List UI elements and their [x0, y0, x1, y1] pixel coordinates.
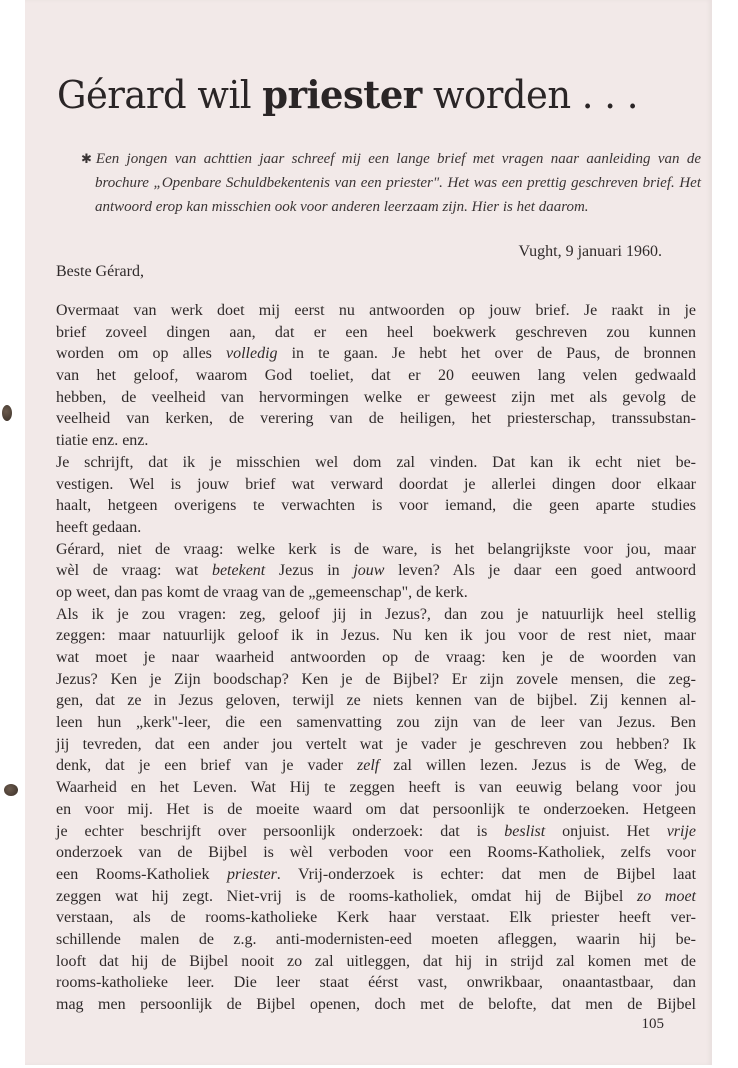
emphasis: priester: [227, 866, 277, 883]
text-line: mag men persoonlijk de Bijbel openen, do…: [56, 994, 696, 1016]
emphasis: beslist: [504, 823, 545, 840]
text-line: vestigen. Wel is jouw brief wat verward …: [56, 474, 696, 496]
text-line: wèl de vraag: wat betekent Jezus in jouw…: [56, 560, 696, 582]
text-line: wat moet je naar waarheid antwoorden op …: [56, 647, 696, 669]
text-line: zeggen wat hij zegt. Niet-vrij is de roo…: [56, 886, 696, 908]
article-title: Gérard wil priester worden . . .: [57, 73, 697, 117]
emphasis: zelf: [357, 757, 379, 774]
dateline: Vught, 9 januari 1960.: [519, 243, 662, 261]
text-line: een Rooms-Katholiek priester. Vrij-onder…: [56, 864, 696, 886]
text-line: schillende malen de z.g. anti-moderniste…: [56, 929, 696, 951]
text-line: tiatie enz. enz.: [56, 430, 696, 452]
text-line: worden om op alles volledig in te gaan. …: [56, 343, 696, 365]
title-part-2: worden . . .: [422, 73, 638, 117]
page-number: 105: [642, 1016, 665, 1033]
book-page: Gérard wil priester worden . . . ✱Een jo…: [25, 0, 712, 1065]
text-line: denk, dat je een brief van je vader zelf…: [56, 755, 696, 777]
text-line: veelheid van kerken, de verering van de …: [56, 408, 696, 430]
text-line: leen hun „kerk"-leer, die een samenvatti…: [56, 712, 696, 734]
text-line: Overmaat van werk doet mij eerst nu antw…: [56, 300, 696, 322]
text-line: onderzoek van de Bijbel is wèl verboden …: [56, 842, 696, 864]
text-line: Waarheid en het Leven. Wat Hij te zeggen…: [56, 777, 696, 799]
text-line: Gérard, niet de vraag: welke kerk is de …: [56, 539, 696, 561]
text-line: Jezus? Ken je Zijn boodschap? Ken je de …: [56, 669, 696, 691]
asterisk-icon: ✱: [81, 151, 92, 166]
text-line: jij tevreden, dat een ander jou vertelt …: [56, 734, 696, 756]
text-line: brief zoveel dingen aan, dat er een heel…: [56, 322, 696, 344]
letter-body: Overmaat van werk doet mij eerst nu antw…: [56, 300, 696, 1016]
title-part-1: Gérard wil: [57, 73, 262, 117]
salutation: Beste Gérard,: [56, 263, 144, 281]
emphasis: betekent: [212, 562, 265, 579]
emphasis: volledig: [226, 345, 278, 362]
margin-stain-mark: [2, 405, 12, 421]
text-line: Als ik je zou vragen: zeg, geloof jij in…: [56, 604, 696, 626]
intro-text: Een jongen van achttien jaar schreef mij…: [95, 151, 701, 215]
text-line: Je schrijft, dat ik je misschien wel dom…: [56, 452, 696, 474]
text-line: zeggen: maar natuurlijk geloof ik in Jez…: [56, 625, 696, 647]
emphasis: vrije: [667, 823, 696, 840]
text-line: gen, dat ze in Jezus geloven, terwijl ze…: [56, 690, 696, 712]
text-line: heeft gedaan.: [56, 517, 696, 539]
text-line: verstaan, als de rooms-katholieke Kerk h…: [56, 907, 696, 929]
text-line: rooms-katholieke leer. Die leer staat éé…: [56, 972, 696, 994]
text-line: op weet, dan pas komt de vraag van de „g…: [56, 582, 696, 604]
emphasis: jouw: [353, 562, 384, 579]
text-line: looft dat hij de Bijbel nooit zo zal uit…: [56, 951, 696, 973]
text-line: je echter beschrijft over persoonlijk on…: [56, 821, 696, 843]
text-line: hebben, de veelheid van hervormingen wel…: [56, 387, 696, 409]
title-bold-word: priester: [262, 72, 421, 117]
emphasis: zo moet: [637, 888, 696, 905]
text-line: en voor mij. Het is de moeite waard om d…: [56, 799, 696, 821]
margin-stain-mark: [4, 784, 18, 796]
intro-paragraph: ✱Een jongen van achttien jaar schreef mi…: [95, 147, 701, 219]
text-line: van het geloof, waarom God toeliet, dat …: [56, 365, 696, 387]
text-line: haalt, hetgeen overigens te verwachten i…: [56, 495, 696, 517]
